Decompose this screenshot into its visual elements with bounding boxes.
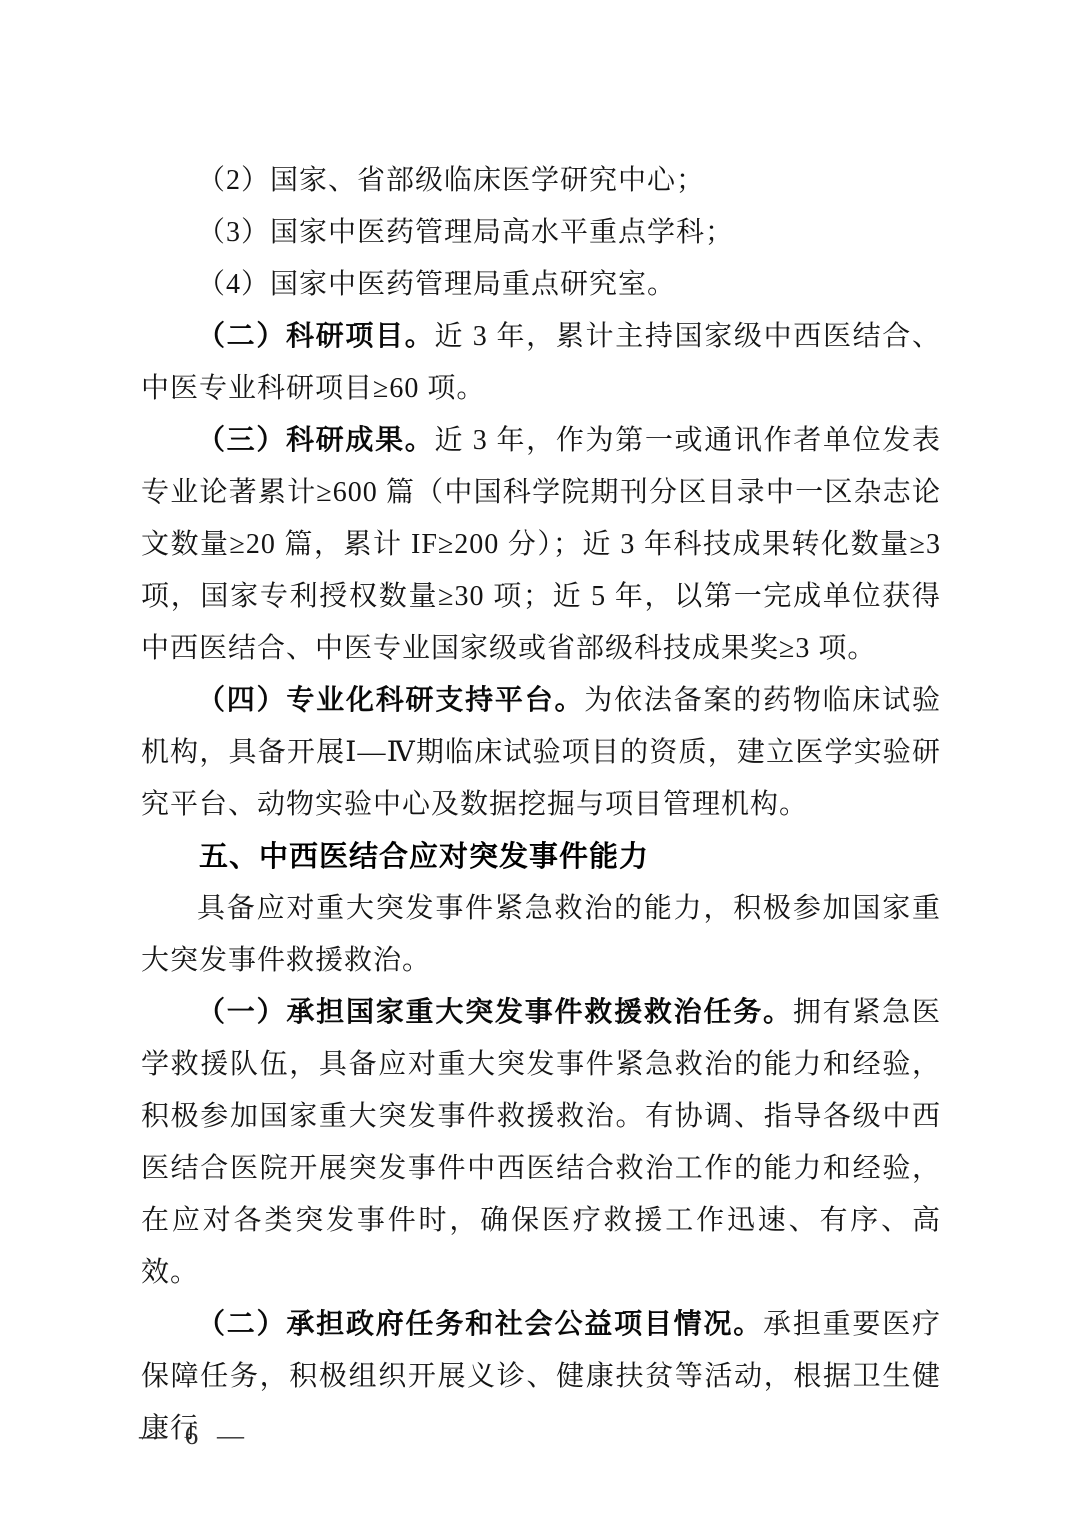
paragraph-text: 近 3 年，作为第一或通讯作者单位发表专业论著累计≥600 篇（中国科学院期刊分… — [141, 425, 941, 664]
paragraph-lead-bold: （二）科研项目。 — [197, 321, 434, 352]
section-heading: 五、中西医结合应对突发事件能力 — [141, 831, 941, 883]
document-body: （2）国家、省部级临床医学研究中心； （3）国家中医药管理局高水平重点学科； （… — [141, 155, 941, 1455]
paragraph-text: 具备应对重大突发事件紧急救治的能力，积极参加国家重大突发事件救援救治。 — [141, 893, 941, 976]
paragraph-emergency-intro: 具备应对重大突发事件紧急救治的能力，积极参加国家重大突发事件救援救治。 — [141, 883, 941, 987]
paragraph-lead-bold: （四）专业化科研支持平台。 — [197, 685, 584, 716]
paragraph-lead-bold: （二）承担政府任务和社会公益项目情况。 — [197, 1309, 763, 1340]
list-item: （2）国家、省部级临床医学研究中心； — [141, 155, 941, 207]
paragraph-emergency-rescue-tasks: （一）承担国家重大突发事件救援救治任务。拥有紧急医学救援队伍，具备应对重大突发事… — [141, 987, 941, 1299]
paragraph-research-platform: （四）专业化科研支持平台。为依法备案的药物临床试验机构，具备开展Ⅰ—Ⅳ期临床试验… — [141, 675, 941, 831]
paragraph-research-projects: （二）科研项目。近 3 年，累计主持国家级中西医结合、中医专业科研项目≥60 项… — [141, 311, 941, 415]
list-item-text: （4）国家中医药管理局重点研究室。 — [197, 269, 676, 300]
paragraph-government-tasks: （二）承担政府任务和社会公益项目情况。承担重要医疗保障任务，积极组织开展义诊、健… — [141, 1299, 941, 1455]
list-item-text: （2）国家、省部级临床医学研究中心； — [197, 165, 705, 196]
paragraph-lead-bold: （三）科研成果。 — [197, 425, 434, 456]
paragraph-research-achievements: （三）科研成果。近 3 年，作为第一或通讯作者单位发表专业论著累计≥600 篇（… — [141, 415, 941, 675]
paragraph-text: 拥有紧急医学救援队伍，具备应对重大突发事件紧急救治的能力和经验，积极参加国家重大… — [141, 997, 941, 1288]
document-page: （2）国家、省部级临床医学研究中心； （3）国家中医药管理局高水平重点学科； （… — [0, 0, 1080, 1528]
page-number: — 6 — — [139, 1420, 250, 1451]
list-item-text: （3）国家中医药管理局高水平重点学科； — [197, 217, 734, 248]
list-item: （3）国家中医药管理局高水平重点学科； — [141, 207, 941, 259]
list-item: （4）国家中医药管理局重点研究室。 — [141, 259, 941, 311]
paragraph-lead-bold: （一）承担国家重大突发事件救援救治任务。 — [197, 997, 793, 1028]
